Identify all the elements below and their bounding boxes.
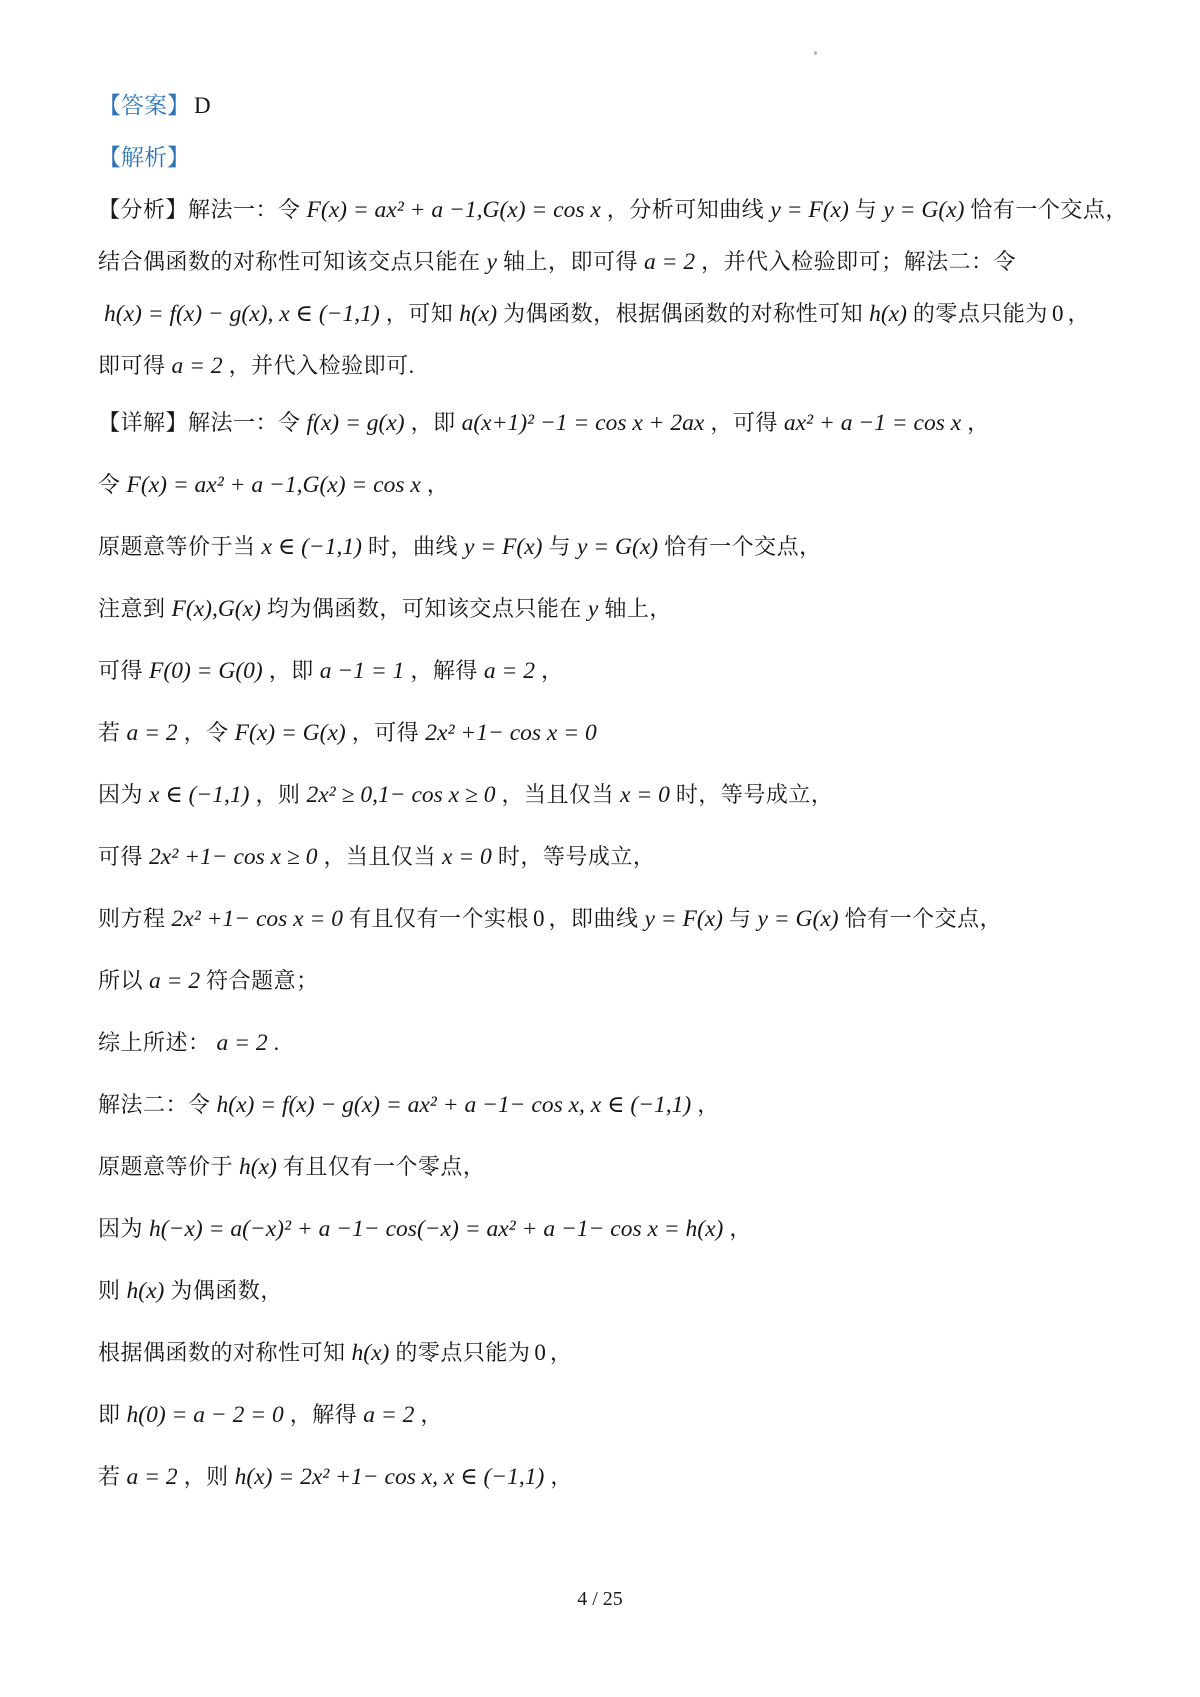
body-text: 综上所述： — [98, 1030, 211, 1055]
body-text: ， — [729, 1216, 752, 1241]
body-text: ，则 — [255, 782, 300, 807]
body-text: 因为 — [98, 782, 143, 807]
detail-line: 因为h(−x) = a(−x)² + a −1− cos(−x) = ax² +… — [98, 1198, 1128, 1260]
math-expression: x ∈ (−1,1) — [262, 534, 362, 560]
math-expression: F(x) = ax² + a −1,G(x) = cos x — [307, 197, 601, 223]
body-text: ，解得 — [410, 658, 478, 683]
detail-line: 则h(x)为偶函数， — [98, 1260, 1128, 1322]
math-expression: y = F(x) — [770, 197, 848, 223]
body-text: 若 — [98, 720, 121, 745]
math-expression: 2x² +1− cos x = 0 — [172, 906, 343, 932]
analysis-line: h(x) = f(x) − g(x), x ∈ (−1,1)，可知h(x)为偶函… — [98, 288, 1128, 340]
math-expression: a = 2 — [127, 720, 178, 746]
math-expression: y = F(x) — [464, 534, 542, 560]
analysis-heading: 【解析】 — [98, 132, 1128, 184]
detail-line: 令F(x) = ax² + a −1,G(x) = cos x， — [98, 454, 1128, 516]
body-text: 【分析】解法一：令 — [98, 197, 301, 222]
math-expression: x = 0 — [442, 844, 492, 870]
math-expression: a = 2 — [172, 353, 223, 379]
math-expression: F(0) = G(0) — [149, 658, 263, 684]
body-text: 的零点只能为 — [913, 301, 1048, 326]
body-text: 恰有一个交点， — [845, 906, 1003, 931]
body-text: 有且仅有一个实根 — [349, 906, 529, 931]
body-text: . — [274, 1030, 280, 1055]
math-expression: f(x) = g(x) — [307, 410, 405, 436]
detail-line: 若a = 2，则h(x) = 2x² +1− cos x, x ∈ (−1,1)… — [98, 1446, 1128, 1508]
body-text: ，解得 — [290, 1402, 358, 1427]
math-value: 0 — [534, 1340, 546, 1365]
body-text: ，即 — [411, 410, 456, 435]
body-text: 为偶函数，根据偶函数的对称性可知 — [503, 301, 863, 326]
math-expression: a = 2 — [644, 249, 695, 275]
body-text: ， — [967, 410, 990, 435]
body-text: 为偶函数， — [170, 1278, 283, 1303]
body-text: 时，等号成立， — [676, 782, 834, 807]
body-text: 可得 — [98, 658, 143, 683]
math-value: D — [194, 93, 211, 118]
math-expression: a = 2 — [363, 1402, 414, 1428]
body-text: ，并代入检验即可. — [229, 353, 415, 378]
body-text: ，可得 — [710, 410, 778, 435]
detail-line: 所以a = 2符合题意； — [98, 950, 1128, 1012]
detail-line: 即h(0) = a − 2 = 0，解得a = 2， — [98, 1384, 1128, 1446]
detail-line: 因为x ∈ (−1,1)，则2x² ≥ 0,1− cos x ≥ 0，当且仅当x… — [98, 764, 1128, 826]
detail-line: 可得2x² +1− cos x ≥ 0，当且仅当x = 0时，等号成立， — [98, 826, 1128, 888]
body-text: 若 — [98, 1464, 121, 1489]
detail-line: 原题意等价于h(x)有且仅有一个零点， — [98, 1136, 1128, 1198]
body-text: ，即曲线 — [548, 906, 638, 931]
body-text: 轴上，即可得 — [503, 249, 638, 274]
body-text: 的零点只能为 — [395, 1340, 530, 1365]
detail-line: 若a = 2，令F(x) = G(x)，可得2x² +1− cos x = 0 — [98, 702, 1128, 764]
body-text: 符合题意； — [206, 968, 319, 993]
math-expression: a(x+1)² −1 = cos x + 2ax — [462, 410, 705, 436]
stray-mark — [814, 51, 817, 55]
body-text: ， — [541, 658, 564, 683]
math-expression: x = 0 — [620, 782, 670, 808]
detail-line: 注意到F(x),G(x)均为偶函数，可知该交点只能在y轴上， — [98, 578, 1128, 640]
body-text: 原题意等价于 — [98, 1154, 233, 1179]
math-expression: h(x) — [869, 301, 907, 327]
body-text: 可得 — [98, 844, 143, 869]
body-text: 有且仅有一个零点， — [283, 1154, 486, 1179]
math-expression: h(x) — [352, 1340, 390, 1366]
body-text: ，令 — [184, 720, 229, 745]
body-text: 即可得 — [98, 353, 166, 378]
body-text: 根据偶函数的对称性可知 — [98, 1340, 346, 1365]
math-expression: h(x) — [127, 1278, 165, 1304]
page-number: 4 / 25 — [0, 1588, 1200, 1611]
math-expression: h(x) — [239, 1154, 277, 1180]
section-label: 【解析】 — [98, 145, 190, 170]
detail-line: 原题意等价于当x ∈ (−1,1)时，曲线y = F(x)与y = G(x)恰有… — [98, 516, 1128, 578]
body-text: 则方程 — [98, 906, 166, 931]
math-expression: F(x) = ax² + a −1,G(x) = cos x — [127, 472, 421, 498]
section-label: 【答案】 — [98, 93, 190, 118]
math-expression: x ∈ (−1,1) — [149, 782, 249, 808]
body-text: 因为 — [98, 1216, 143, 1241]
math-expression: y — [588, 596, 598, 622]
body-text: ， — [1067, 301, 1090, 326]
math-expression: h(x) — [459, 301, 497, 327]
body-text: 时，等号成立， — [498, 844, 656, 869]
body-text: 时，曲线 — [368, 534, 458, 559]
body-text: 【详解】解法一：令 — [98, 410, 301, 435]
analysis-line: 即可得a = 2，并代入检验即可. — [98, 340, 1128, 392]
math-expression: y — [487, 249, 497, 275]
math-expression: F(x),G(x) — [172, 596, 261, 622]
math-expression: h(−x) = a(−x)² + a −1− cos(−x) = ax² + a… — [149, 1216, 723, 1242]
math-expression: y = G(x) — [757, 906, 838, 932]
answer-line: 【答案】D — [98, 80, 1128, 132]
body-text: ，当且仅当 — [502, 782, 615, 807]
math-expression: a = 2 — [149, 968, 200, 994]
analysis-line: 结合偶函数的对称性可知该交点只能在y轴上，即可得a = 2，并代入检验即可；解法… — [98, 236, 1128, 288]
math-expression: F(x) = G(x) — [235, 720, 346, 746]
detail-line: 【详解】解法一：令f(x) = g(x)，即a(x+1)² −1 = cos x… — [98, 392, 1128, 454]
body-text: 则 — [98, 1278, 121, 1303]
math-expression: a = 2 — [484, 658, 535, 684]
body-text: 注意到 — [98, 596, 166, 621]
math-value: 0 — [1052, 301, 1064, 326]
detail-line: 可得F(0) = G(0)，即a −1 = 1，解得a = 2， — [98, 640, 1128, 702]
math-expression: y = G(x) — [577, 534, 658, 560]
body-text: 轴上， — [604, 596, 672, 621]
body-text: ， — [427, 472, 450, 497]
body-text: ，可得 — [352, 720, 420, 745]
math-expression: 2x² +1− cos x ≥ 0 — [149, 844, 317, 870]
math-expression: a = 2 — [217, 1030, 268, 1056]
math-expression: h(x) = f(x) − g(x), x ∈ (−1,1) — [104, 301, 380, 327]
body-text: ， — [550, 1340, 573, 1365]
analysis-line: 【分析】解法一：令F(x) = ax² + a −1,G(x) = cos x，… — [98, 184, 1128, 236]
body-text: ， — [420, 1402, 443, 1427]
content-lines: 【答案】D【解析】【分析】解法一：令F(x) = ax² + a −1,G(x)… — [98, 80, 1128, 1508]
math-expression: ax² + a −1 = cos x — [784, 410, 961, 436]
math-value: 0 — [533, 906, 545, 931]
math-expression: y = F(x) — [644, 906, 722, 932]
body-text: 恰有一个交点， — [970, 197, 1128, 222]
document-page: 【答案】D【解析】【分析】解法一：令F(x) = ax² + a −1,G(x)… — [98, 80, 1128, 1508]
body-text: 令 — [98, 472, 121, 497]
math-expression: h(x) = 2x² +1− cos x, x ∈ (−1,1) — [235, 1464, 545, 1490]
body-text: 所以 — [98, 968, 143, 993]
body-text: 与 — [855, 197, 878, 222]
detail-line: 解法二：令h(x) = f(x) − g(x) = ax² + a −1− co… — [98, 1074, 1128, 1136]
body-text: ，即 — [269, 658, 314, 683]
math-expression: h(x) = f(x) − g(x) = ax² + a −1− cos x, … — [217, 1092, 692, 1118]
math-expression: y = G(x) — [883, 197, 964, 223]
detail-line: 则方程2x² +1− cos x = 0有且仅有一个实根0，即曲线y = F(x… — [98, 888, 1128, 950]
body-text: 与 — [548, 534, 571, 559]
math-expression: h(0) = a − 2 = 0 — [127, 1402, 284, 1428]
body-text: ，则 — [184, 1464, 229, 1489]
body-text: ，并代入检验即可；解法二：令 — [701, 249, 1016, 274]
body-text: 均为偶函数，可知该交点只能在 — [267, 596, 582, 621]
detail-line: 综上所述：a = 2. — [98, 1012, 1128, 1074]
math-expression: a = 2 — [127, 1464, 178, 1490]
body-text: 结合偶函数的对称性可知该交点只能在 — [98, 249, 481, 274]
body-text: ， — [550, 1464, 573, 1489]
body-text: 原题意等价于当 — [98, 534, 256, 559]
body-text: ， — [697, 1092, 720, 1117]
detail-line: 根据偶函数的对称性可知h(x)的零点只能为0， — [98, 1322, 1128, 1384]
math-expression: 2x² ≥ 0,1− cos x ≥ 0 — [307, 782, 496, 808]
math-expression: 2x² +1− cos x = 0 — [425, 720, 596, 746]
body-text: 解法二：令 — [98, 1092, 211, 1117]
body-text: ，可知 — [386, 301, 454, 326]
body-text: 与 — [729, 906, 752, 931]
body-text: ，当且仅当 — [324, 844, 437, 869]
body-text: 即 — [98, 1402, 121, 1427]
body-text: 恰有一个交点， — [664, 534, 822, 559]
body-text: ，分析可知曲线 — [607, 197, 765, 222]
math-expression: a −1 = 1 — [320, 658, 405, 684]
